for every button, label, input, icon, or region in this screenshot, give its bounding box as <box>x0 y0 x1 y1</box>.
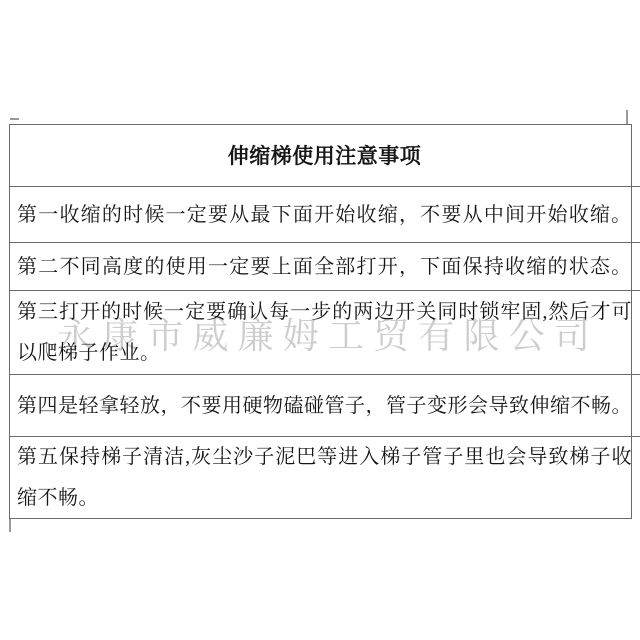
table-title-row: 伸缩梯使用注意事项 <box>10 125 640 186</box>
scan-artifact-bottom-left <box>9 519 11 532</box>
scanned-document-page: 永康市威廉姆工贸有限公司 伸缩梯使用注意事项 第一收缩的时候一定要从最下面开始收… <box>0 0 640 640</box>
notice-row-2: 第二不同高度的使用一定要上面全部打开，下面保持收缩的状态。 <box>10 242 640 290</box>
notice-row-3-line-2: 以爬梯子作业。 <box>17 333 632 375</box>
notice-row-5-line-1: 第五保持梯子清洁,灰尘沙子泥巴等进入梯子管子里也会导致梯子收 <box>17 437 632 478</box>
scan-artifact-top-left <box>10 118 19 120</box>
notice-row-4-line-1: 第四是轻拿轻放，不要用硬物磕碰管子，管子变形会导致伸缩不畅。 <box>17 382 632 429</box>
notice-row-4: 第四是轻拿轻放，不要用硬物磕碰管子，管子变形会导致伸缩不畅。 <box>10 374 640 436</box>
notice-table: 伸缩梯使用注意事项 第一收缩的时候一定要从最下面开始收缩，不要从中间开始收缩。 … <box>9 124 632 519</box>
notice-row-1-line-1: 第一收缩的时候一定要从最下面开始收缩，不要从中间开始收缩。 <box>17 191 632 238</box>
notice-row-5: 第五保持梯子清洁,灰尘沙子泥巴等进入梯子管子里也会导致梯子收 缩不畅。 <box>10 436 640 518</box>
notice-row-1: 第一收缩的时候一定要从最下面开始收缩，不要从中间开始收缩。 <box>10 186 640 242</box>
scan-artifact-top-right <box>626 110 628 124</box>
notice-row-2-line-1: 第二不同高度的使用一定要上面全部打开，下面保持收缩的状态。 <box>17 243 632 290</box>
notice-row-3-line-1: 第三打开的时候一定要确认每一步的两边开关同时锁牢固,然后才可 <box>17 291 632 333</box>
notice-row-3: 第三打开的时候一定要确认每一步的两边开关同时锁牢固,然后才可 以爬梯子作业。 <box>10 290 640 374</box>
notice-row-5-line-2: 缩不畅。 <box>17 478 632 519</box>
page-title: 伸缩梯使用注意事项 <box>228 144 422 168</box>
